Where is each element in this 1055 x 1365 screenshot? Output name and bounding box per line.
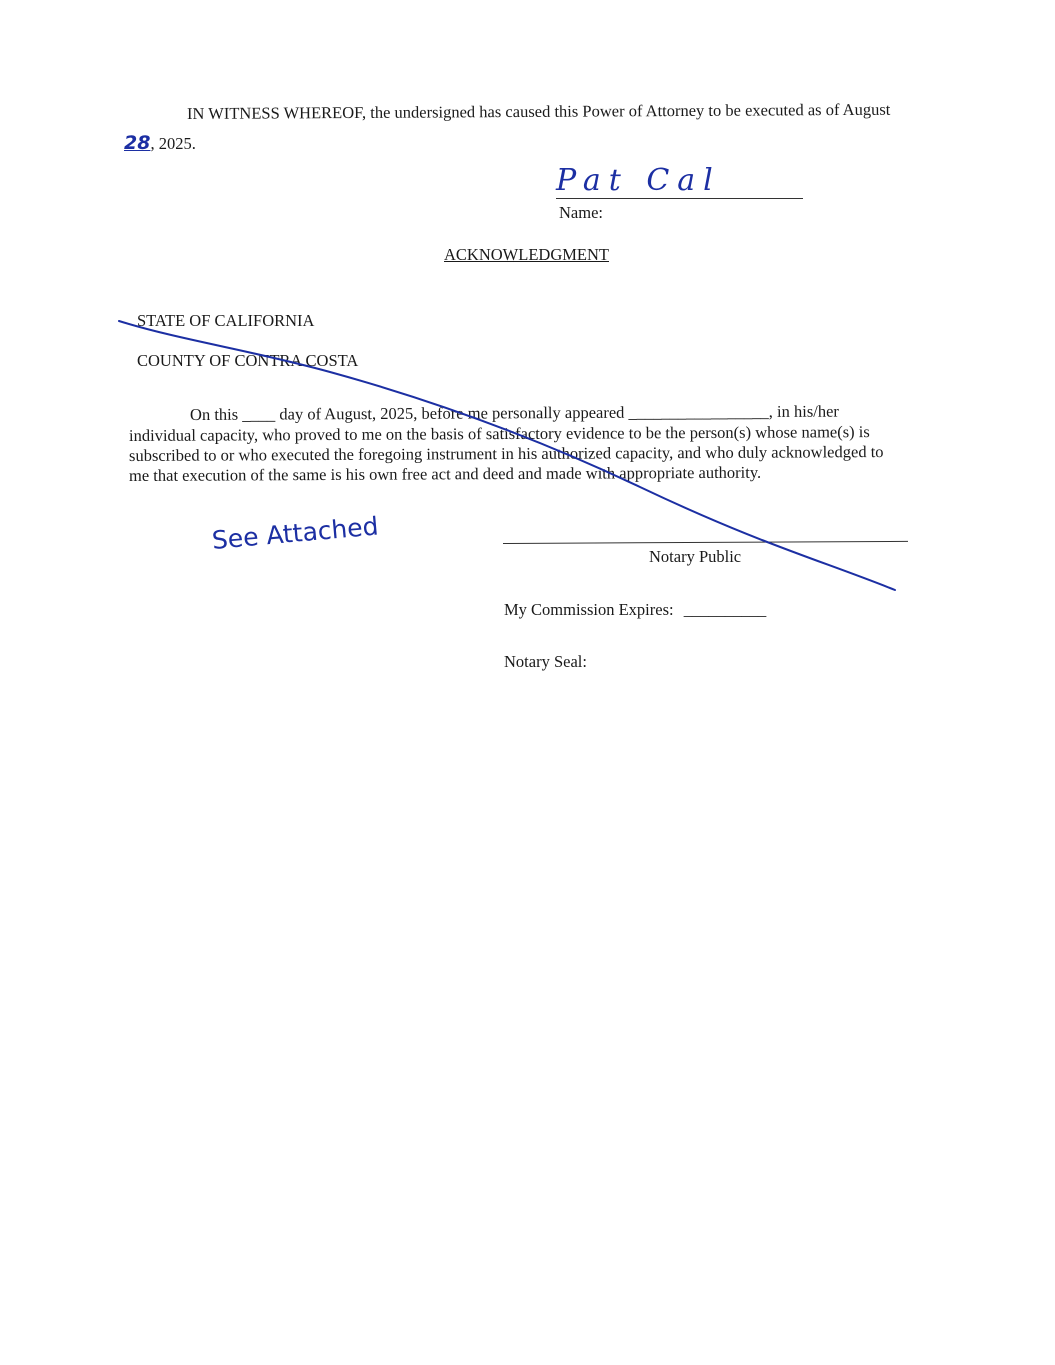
notary-signature-line (503, 541, 908, 544)
ack-body-line-3: subscribed to or who executed the forego… (129, 442, 884, 466)
commission-blank: __________ (684, 600, 767, 619)
handwritten-signature: Pat Cal (556, 164, 721, 198)
handwritten-day: 28 (124, 132, 150, 154)
county-line: COUNTY OF CONTRA COSTA (137, 351, 358, 371)
notary-seal-label: Notary Seal: (504, 652, 587, 672)
ack-body-line-1: On this ____ day of August, 2025, before… (190, 402, 839, 425)
ack-body-line-4: me that execution of the same is his own… (129, 463, 761, 486)
notary-public-label: Notary Public (649, 547, 741, 567)
state-line: STATE OF CALIFORNIA (137, 311, 314, 331)
acknowledgment-heading: ACKNOWLEDGMENT (444, 245, 609, 265)
commission-expires-label: My Commission Expires: __________ (504, 600, 766, 620)
signature-line (556, 198, 803, 199)
witness-line-2: 28, 2025. (124, 133, 196, 154)
commission-label: My Commission Expires: (504, 600, 674, 619)
strikethrough-pen-line (0, 0, 1055, 1365)
witness-line-1: IN WITNESS WHEREOF, the undersigned has … (187, 100, 890, 124)
name-label: Name: (559, 203, 603, 223)
handwritten-see-attached: See Attached (211, 512, 380, 554)
year-text: , 2025. (150, 134, 195, 153)
